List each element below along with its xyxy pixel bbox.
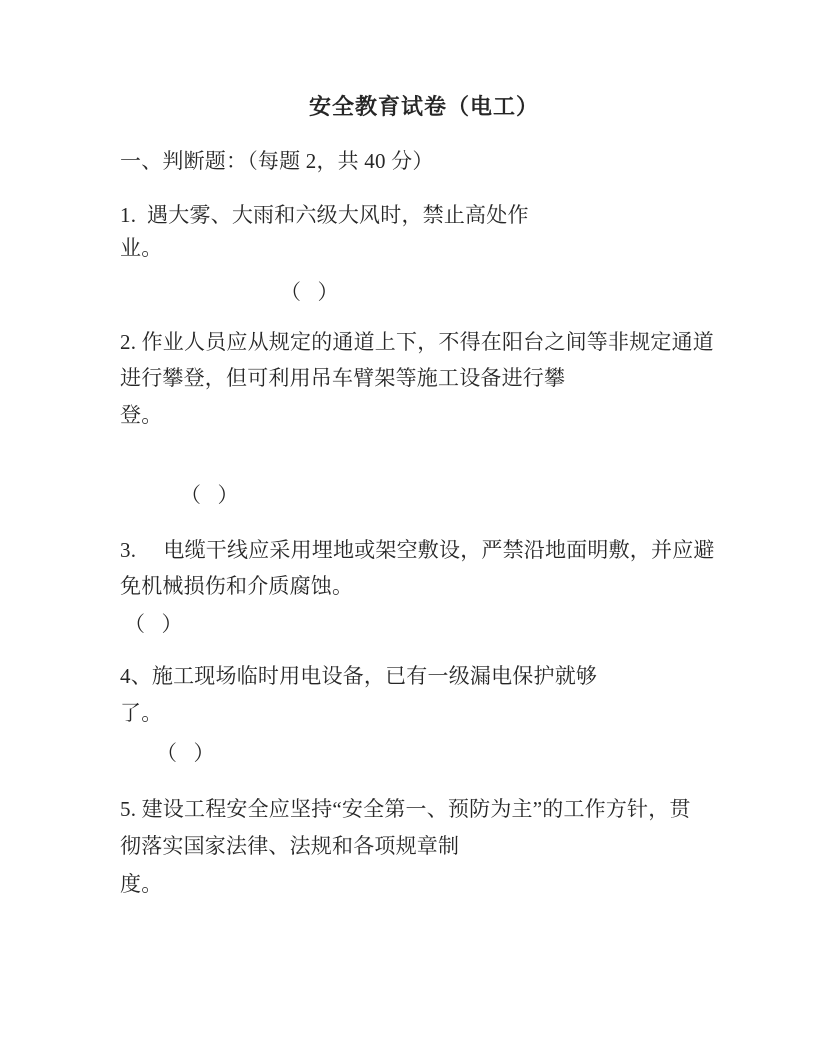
question-1-line-1: 1. 遇大雾、大雨和六级大风时，禁止高处作: [120, 203, 529, 227]
question-4-answer-blank: （ ）: [156, 741, 215, 765]
question-2-answer-blank: （ ）: [180, 483, 239, 507]
question-2-line-3: 登。: [120, 403, 162, 427]
question-5-line-1: 5. 建设工程安全应坚持“安全第一、预防为主”的工作方针，贯: [120, 797, 691, 821]
question-4-line-2: 了。: [120, 701, 162, 725]
question-4-line-1: 4、施工现场临时用电设备，已有一级漏电保护就够: [120, 664, 597, 688]
question-1-line-2: 业。: [120, 236, 162, 260]
question-5-line-3: 度。: [120, 872, 162, 896]
question-3-line-2: 免机械损伤和介质腐蚀。: [120, 574, 353, 598]
question-3-answer-blank: （ ）: [124, 612, 183, 636]
section-heading: 一、判断题：（每题 2，共 40 分）: [120, 149, 434, 173]
document-title: 安全教育试卷（电工）: [309, 94, 539, 119]
question-3-line-1: 3. 电缆干线应采用埋地或架空敷设，严禁沿地面明敷，并应避: [120, 538, 715, 562]
question-2-line-2: 进行攀登，但可利用吊车臂架等施工设备进行攀: [120, 366, 565, 390]
question-5-line-2: 彻落实国家法律、法规和各项规章制: [120, 834, 459, 858]
question-2-line-1: 2. 作业人员应从规定的通道上下，不得在阳台之间等非规定通道: [120, 330, 714, 354]
question-1-answer-blank: （ ）: [280, 280, 339, 304]
document-page: 安全教育试卷（电工） 一、判断题：（每题 2，共 40 分） 1. 遇大雾、大雨…: [0, 0, 816, 1056]
